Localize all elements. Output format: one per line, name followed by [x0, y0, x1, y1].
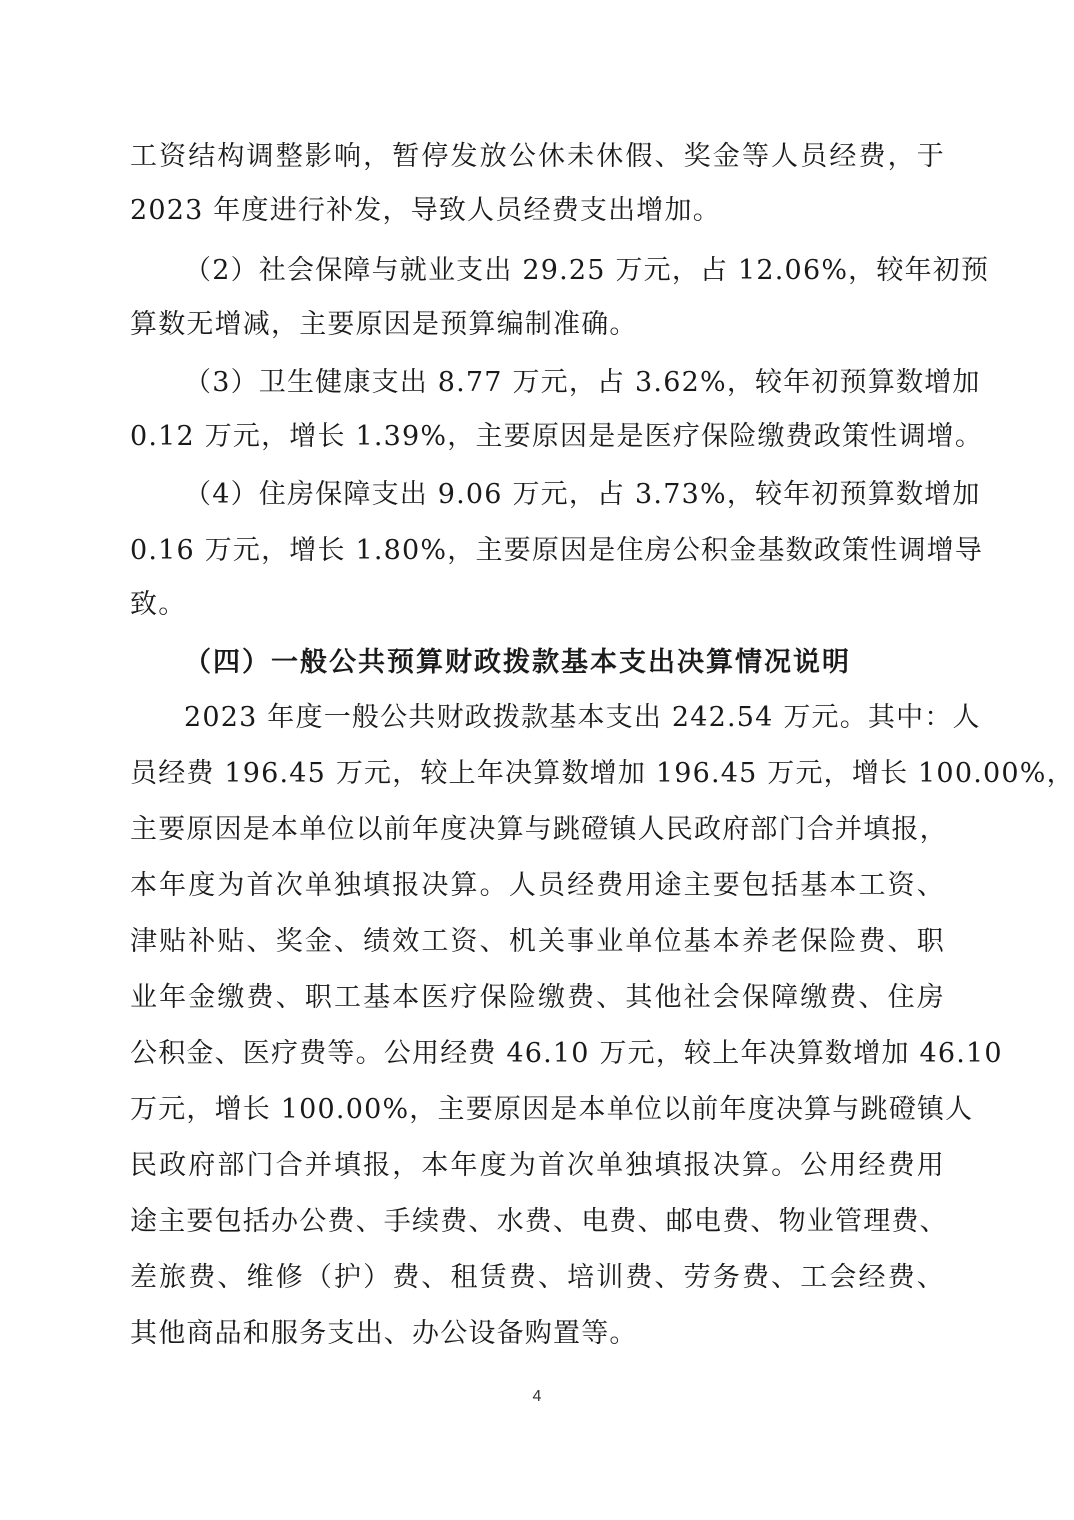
paragraph-line: 员经费 196.45 万元，较上年决算数增加 196.45 万元，增长 100.…	[130, 754, 945, 794]
paragraph-line: （3）卫生健康支出 8.77 万元，占 3.62%，较年初预算数增加	[184, 363, 945, 403]
paragraph-line: （4）住房保障支出 9.06 万元，占 3.73%，较年初预算数增加	[184, 475, 945, 515]
paragraph-line: 其他商品和服务支出、办公设备购置等。	[130, 1314, 945, 1354]
paragraph-line: 0.16 万元，增长 1.80%，主要原因是住房公积金基数政策性调增导	[130, 531, 945, 571]
paragraph-line: （2）社会保障与就业支出 29.25 万元，占 12.06%，较年初预	[184, 251, 945, 291]
paragraph-line: 2023 年度一般公共财政拨款基本支出 242.54 万元。其中：人	[184, 698, 945, 738]
paragraph-line: 途主要包括办公费、手续费、水费、电费、邮电费、物业管理费、	[130, 1202, 945, 1242]
paragraph-line: 算数无增减，主要原因是预算编制准确。	[130, 305, 945, 345]
paragraph-line: 0.12 万元，增长 1.39%，主要原因是是医疗保险缴费政策性调增。	[130, 417, 945, 457]
document-page: 工资结构调整影响，暂停发放公休未休假、奖金等人员经费，于 2023 年度进行补发…	[0, 0, 1074, 1520]
paragraph-line: 公积金、医疗费等。公用经费 46.10 万元，较上年决算数增加 46.10	[130, 1034, 945, 1074]
paragraph-line: 主要原因是本单位以前年度决算与跳磴镇人民政府部门合并填报，	[130, 810, 945, 850]
page-number: 4	[0, 1388, 1074, 1406]
paragraph-line: 津贴补贴、奖金、绩效工资、机关事业单位基本养老保险费、职	[130, 922, 945, 962]
paragraph-line: 工资结构调整影响，暂停发放公休未休假、奖金等人员经费，于	[130, 137, 945, 177]
paragraph-line: 民政府部门合并填报，本年度为首次单独填报决算。公用经费用	[130, 1146, 945, 1186]
paragraph-line: 业年金缴费、职工基本医疗保险缴费、其他社会保障缴费、住房	[130, 978, 945, 1018]
section-heading: （四）一般公共预算财政拨款基本支出决算情况说明	[184, 643, 945, 683]
paragraph-line: 差旅费、维修（护）费、租赁费、培训费、劳务费、工会经费、	[130, 1258, 945, 1298]
paragraph-line: 2023 年度进行补发，导致人员经费支出增加。	[130, 191, 945, 231]
paragraph-line: 万元，增长 100.00%，主要原因是本单位以前年度决算与跳磴镇人	[130, 1090, 945, 1130]
paragraph-line: 本年度为首次单独填报决算。人员经费用途主要包括基本工资、	[130, 866, 945, 906]
paragraph-line: 致。	[130, 585, 945, 625]
